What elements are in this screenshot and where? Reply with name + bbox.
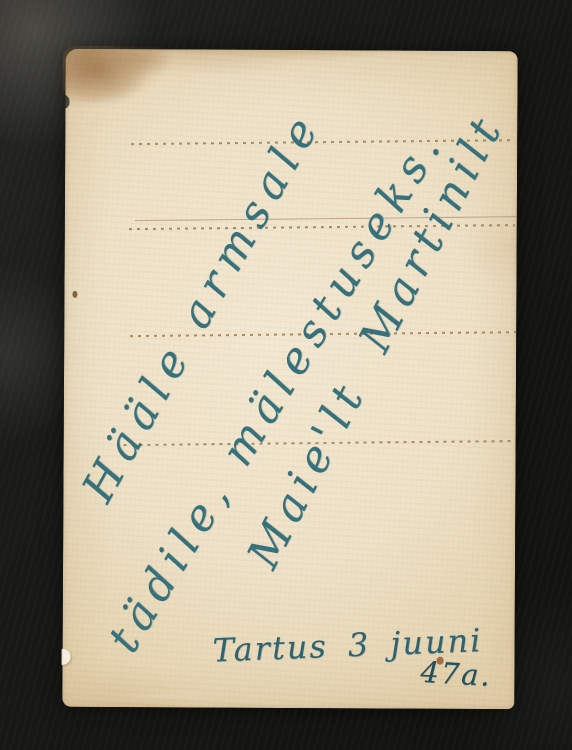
ink-speck-left-edge (72, 291, 77, 298)
bottom-edge-scuff (98, 689, 248, 702)
top-edge-stain (186, 49, 416, 70)
year-line: 47a. (420, 655, 493, 693)
photo-back-card: Hääle armsale tädile, mälestuseks. Maie'… (62, 49, 517, 709)
scan-backdrop: Hääle armsale tädile, mälestuseks. Maie'… (0, 0, 572, 750)
